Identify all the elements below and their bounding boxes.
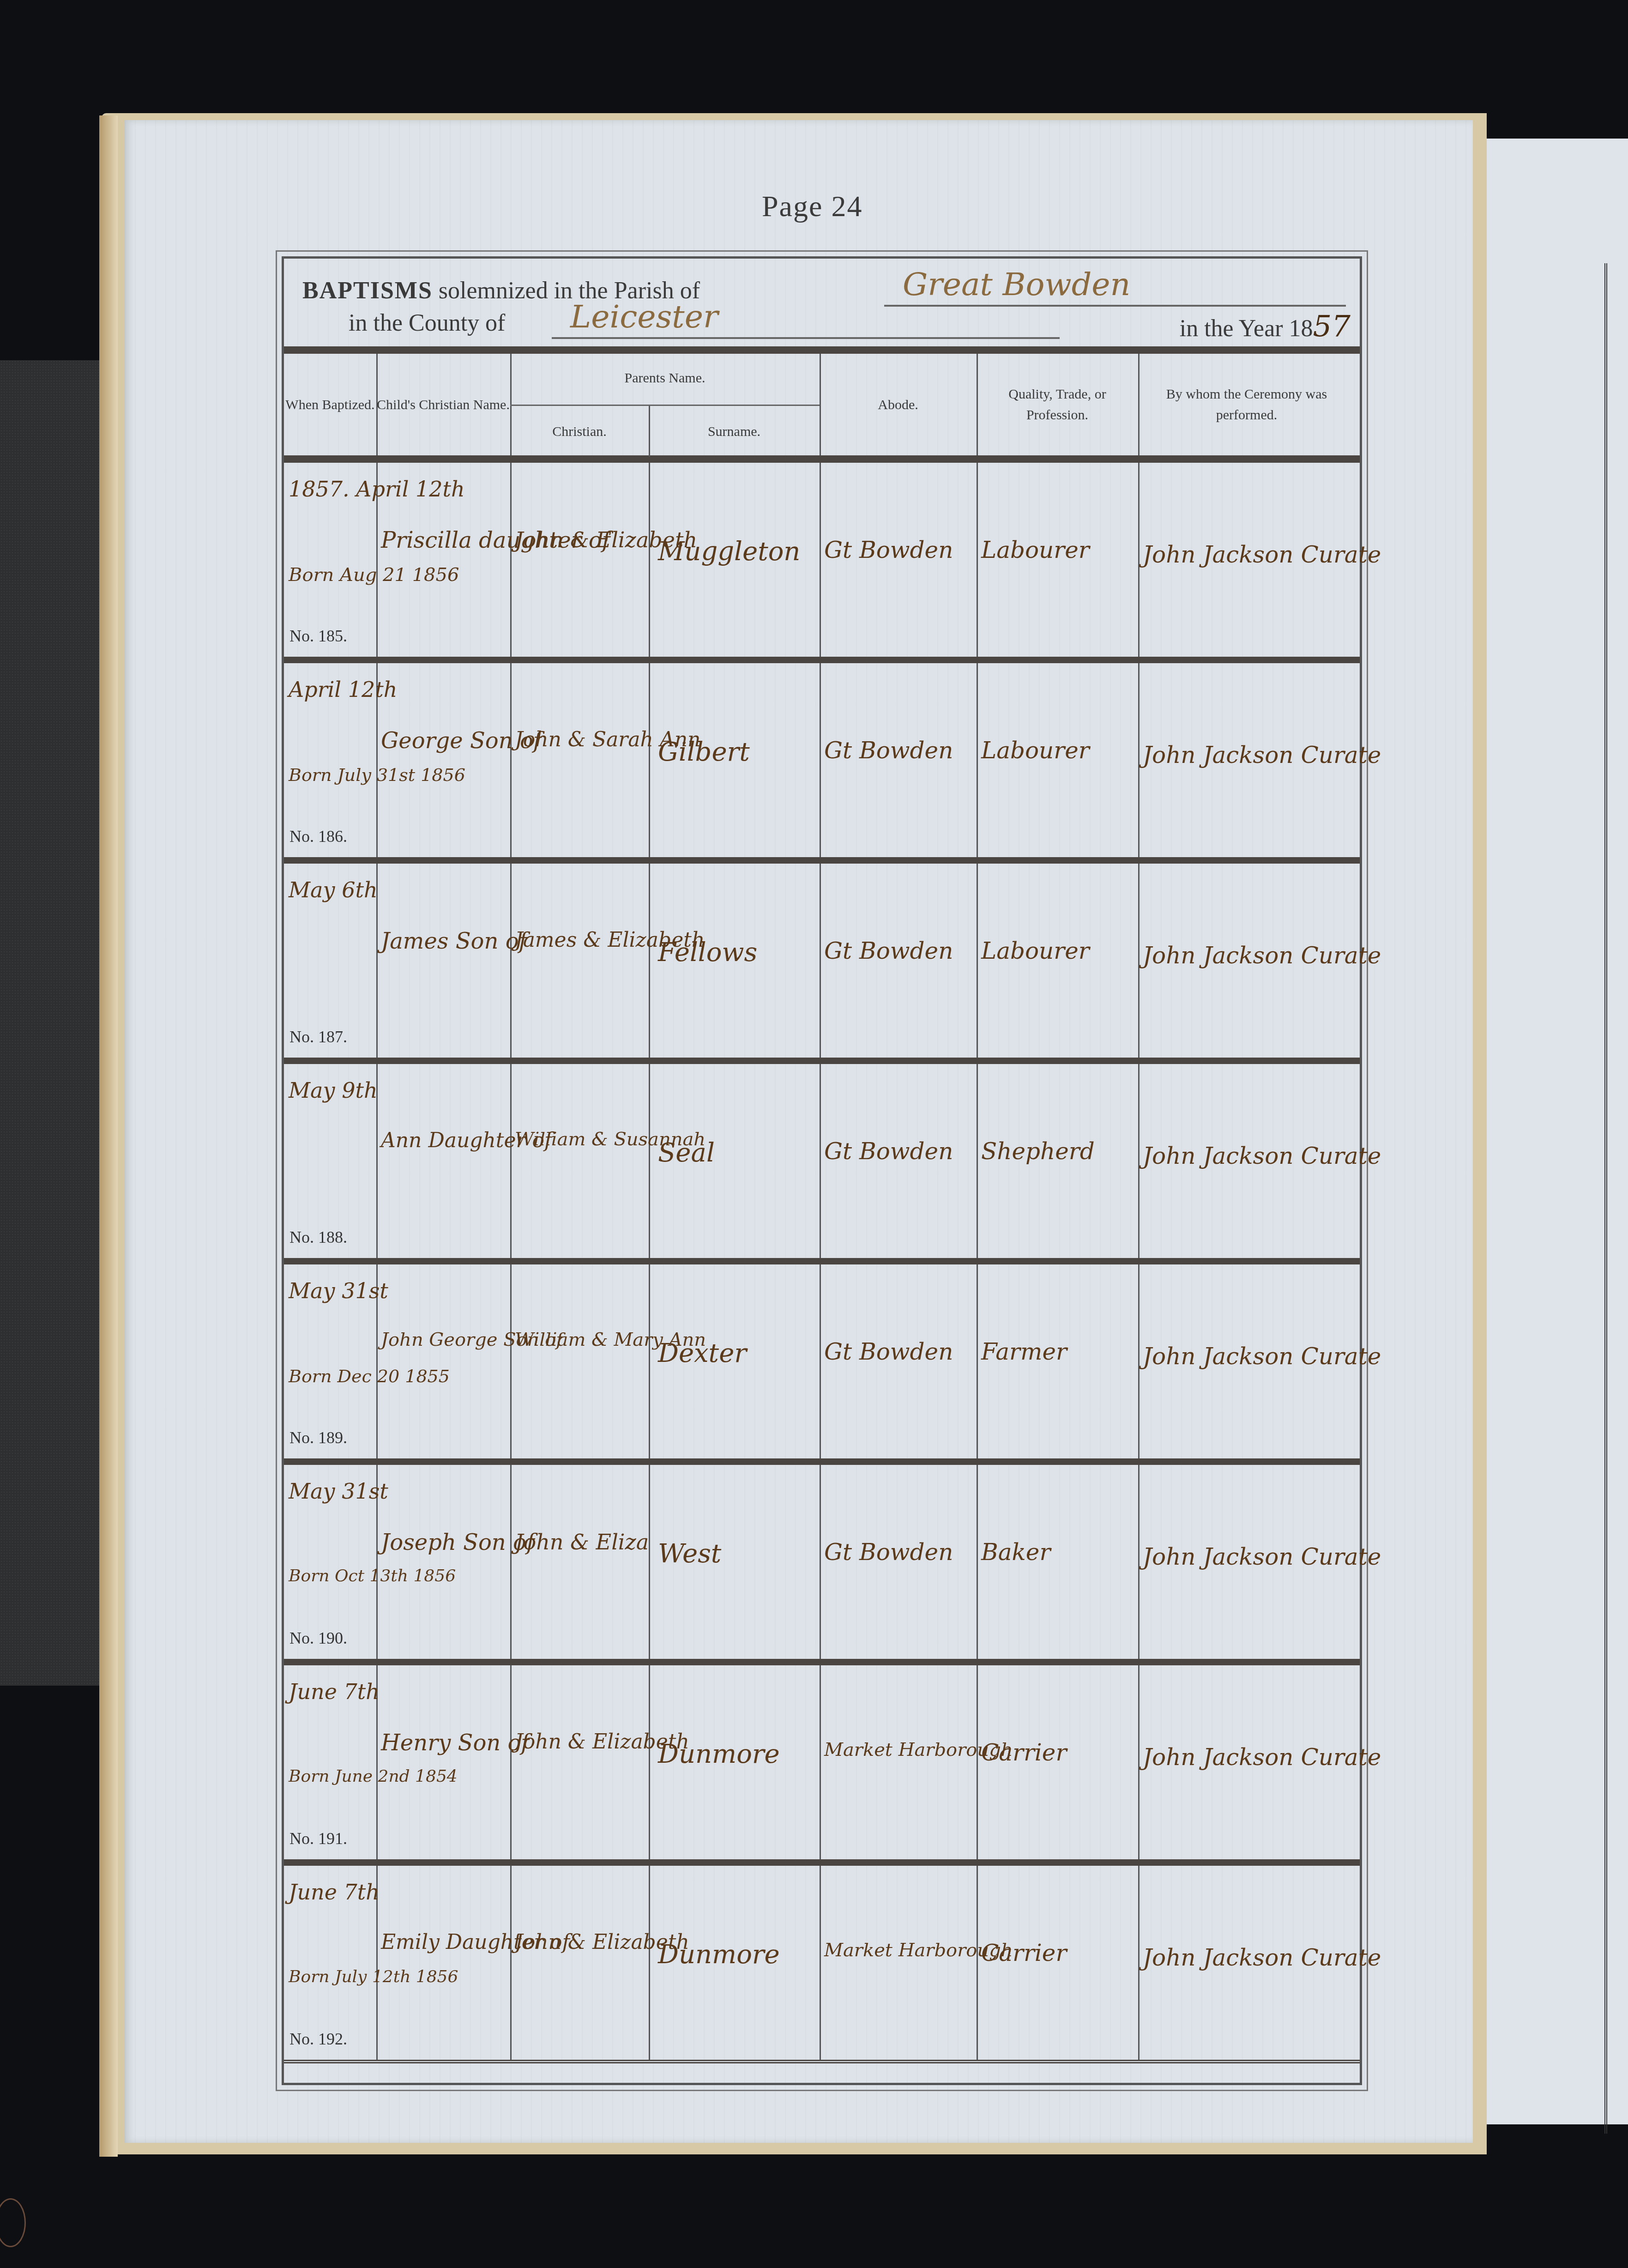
facing-page	[1475, 139, 1628, 2124]
abode: Gt Bowden	[824, 1138, 953, 1165]
parish-field: Great Bowden	[884, 277, 1346, 307]
cover-edge	[99, 115, 118, 2157]
table-row: June 7th Born July 12th 1856 No. 192. Em…	[284, 1866, 1360, 2063]
cell-when: May 31st Born Dec 20 1855 No. 189.	[284, 1264, 378, 1458]
entry-number: No. 189.	[289, 1428, 347, 1447]
cell-abode: Gt Bowden	[820, 1064, 978, 1258]
entry-number: No. 186.	[289, 827, 347, 846]
col-when-baptized: When Baptized.	[284, 354, 378, 455]
quality: Carrier	[981, 1739, 1067, 1766]
quality: Labourer	[981, 737, 1090, 764]
table-row: 1857. April 12th Born Aug 21 1856 No. 18…	[284, 463, 1360, 663]
table-row: May 31st Born Dec 20 1855 No. 189. John …	[284, 1264, 1360, 1465]
abode: Gt Bowden	[824, 1539, 953, 1566]
cell-child: Henry Son of	[376, 1665, 512, 1859]
cell-when: May 9th No. 188.	[284, 1064, 378, 1258]
cell-abode: Market Harborough	[820, 1665, 978, 1859]
cell-minister: John Jackson Curate	[1138, 463, 1355, 657]
table-row: May 6th No. 187. James Son of James & El…	[284, 864, 1360, 1064]
cell-abode: Gt Bowden	[820, 663, 978, 857]
cell-when: June 7th Born June 2nd 1854 No. 191.	[284, 1665, 378, 1859]
cell-christian: John & Sarah Ann	[510, 663, 650, 857]
heading-bold: BAPTISMS	[302, 278, 433, 304]
col-parents-surname: Surname.	[649, 405, 820, 457]
col-minister: By whom the Ceremony was performed.	[1138, 354, 1355, 455]
surname: Dunmore	[658, 1940, 780, 1970]
cell-quality: Labourer	[977, 864, 1140, 1058]
cell-surname: Muggleton	[649, 463, 821, 657]
minister: John Jackson Curate	[1143, 1543, 1381, 1570]
when-text: June 7th	[289, 1880, 380, 1905]
when-text: May 31st	[289, 1278, 388, 1303]
cell-christian: John & Eliza	[510, 1465, 650, 1659]
quality: Baker	[981, 1539, 1050, 1566]
cell-surname: Dexter	[649, 1264, 821, 1458]
county-name: Leicester	[570, 299, 718, 335]
entry-number: No. 185.	[289, 626, 347, 646]
corner-object	[0, 2198, 26, 2247]
table-row: April 12th Born July 31st 1856 No. 186. …	[284, 663, 1360, 864]
cell-abode: Gt Bowden	[820, 864, 978, 1058]
parish-name: Great Bowden	[903, 266, 1130, 303]
cell-christian: John & Elizabeth	[510, 1665, 650, 1859]
quality: Shepherd	[981, 1138, 1095, 1165]
when-text: June 7th	[289, 1679, 380, 1704]
table-row: May 31st Born Oct 13th 1856 No. 190. Jos…	[284, 1465, 1360, 1665]
baptism-register-table: BAPTISMS solemnized in the Parish of Gre…	[282, 256, 1362, 2085]
cell-christian: John & Elizabeth	[510, 1866, 650, 2060]
cell-when: May 6th No. 187.	[284, 864, 378, 1058]
cell-when: 1857. April 12th Born Aug 21 1856 No. 18…	[284, 463, 378, 657]
cell-abode: Gt Bowden	[820, 463, 978, 657]
col-abode: Abode.	[820, 354, 978, 455]
register-page: Page 24 BAPTISMS solemnized in the Paris…	[125, 120, 1473, 2143]
entry-number: No. 188.	[289, 1228, 347, 1247]
cell-christian: William & Susannah	[510, 1064, 650, 1258]
quality: Farmer	[981, 1338, 1067, 1365]
cell-abode: Gt Bowden	[820, 1264, 978, 1458]
col-child-name: Child's Christian Name.	[376, 354, 512, 455]
col-parents-name: Parents Name. Christian. Surname.	[510, 354, 821, 455]
cell-quality: Carrier	[977, 1866, 1140, 2060]
surname: Dunmore	[658, 1739, 780, 1769]
quality: Carrier	[981, 1940, 1067, 1966]
col-quality: Quality, Trade, or Profession.	[977, 354, 1140, 455]
abode: Gt Bowden	[824, 1338, 953, 1365]
facing-page-frame	[1604, 263, 1628, 2134]
column-headers: When Baptized. Child's Christian Name. P…	[284, 354, 1360, 463]
child-name: James Son of	[381, 928, 527, 954]
cell-when: April 12th Born July 31st 1856 No. 186.	[284, 663, 378, 857]
cell-when: June 7th Born July 12th 1856 No. 192.	[284, 1866, 378, 2060]
minister: John Jackson Curate	[1143, 1744, 1381, 1771]
when-text: May 31st	[289, 1479, 388, 1504]
cell-child: George Son of	[376, 663, 512, 857]
surname: Muggleton	[658, 537, 800, 567]
abode: Gt Bowden	[824, 537, 953, 563]
cell-surname: Gilbert	[649, 663, 821, 857]
cell-minister: John Jackson Curate	[1138, 864, 1355, 1058]
abode: Gt Bowden	[824, 737, 953, 764]
entry-number: No. 191.	[289, 1829, 347, 1848]
minister: John Jackson Curate	[1143, 1343, 1381, 1370]
minister: John Jackson Curate	[1143, 1944, 1381, 1971]
cell-child: James Son of	[376, 864, 512, 1058]
cell-abode: Market Harborough	[820, 1866, 978, 2060]
cell-quality: Carrier	[977, 1665, 1140, 1859]
cell-surname: Dunmore	[649, 1866, 821, 2060]
county-label: in the County of	[349, 309, 505, 337]
cell-child: Emily Daughter of	[376, 1866, 512, 2060]
cell-surname: Fellows	[649, 864, 821, 1058]
surname: West	[658, 1539, 721, 1569]
cell-when: May 31st Born Oct 13th 1856 No. 190.	[284, 1465, 378, 1659]
cell-minister: John Jackson Curate	[1138, 1064, 1355, 1258]
col-parents-christian: Christian.	[510, 405, 650, 457]
child-name: Henry Son of	[381, 1730, 529, 1756]
cell-christian: James & Elizabeth	[510, 864, 650, 1058]
cell-quality: Shepherd	[977, 1064, 1140, 1258]
cell-minister: John Jackson Curate	[1138, 1264, 1355, 1458]
surname: Fellows	[658, 937, 757, 968]
entry-number: No. 192.	[289, 2029, 347, 2049]
cell-minister: John Jackson Curate	[1138, 1665, 1355, 1859]
cell-child: Ann Daughter of	[376, 1064, 512, 1258]
entry-number: No. 187.	[289, 1027, 347, 1046]
cell-surname: West	[649, 1465, 821, 1659]
page-title: Page 24	[762, 189, 862, 224]
minister: John Jackson Curate	[1143, 541, 1381, 568]
year-label: in the Year 18	[1180, 315, 1313, 342]
cell-christian: John & Elizabeth	[510, 463, 650, 657]
register-heading: BAPTISMS solemnized in the Parish of Gre…	[284, 259, 1360, 354]
table-row: June 7th Born June 2nd 1854 No. 191. Hen…	[284, 1665, 1360, 1866]
cell-minister: John Jackson Curate	[1138, 1465, 1355, 1659]
table-row: May 9th No. 188. Ann Daughter of William…	[284, 1064, 1360, 1264]
cell-quality: Labourer	[977, 463, 1140, 657]
entry-number: No. 190.	[289, 1628, 347, 1648]
surname: Seal	[658, 1138, 715, 1168]
year-suffix: 57	[1313, 309, 1351, 344]
minister: John Jackson Curate	[1143, 742, 1381, 768]
surname: Dexter	[658, 1338, 747, 1368]
when-text: May 9th	[289, 1078, 378, 1103]
cell-surname: Dunmore	[649, 1665, 821, 1859]
minister: John Jackson Curate	[1143, 942, 1381, 969]
year-field: in the Year 1857	[1180, 309, 1351, 344]
cell-quality: Labourer	[977, 663, 1140, 857]
cell-surname: Seal	[649, 1064, 821, 1258]
cell-quality: Farmer	[977, 1264, 1140, 1458]
cell-minister: John Jackson Curate	[1138, 1866, 1355, 2060]
cell-quality: Baker	[977, 1465, 1140, 1659]
cell-child: Joseph Son of	[376, 1465, 512, 1659]
minister: John Jackson Curate	[1143, 1143, 1381, 1169]
parents-christian: John & Eliza	[515, 1530, 649, 1554]
quality: Labourer	[981, 537, 1090, 563]
cell-christian: William & Mary Ann	[510, 1264, 650, 1458]
abode: Gt Bowden	[824, 937, 953, 964]
cell-child: John George Son of	[376, 1264, 512, 1458]
cell-abode: Gt Bowden	[820, 1465, 978, 1659]
when-text: May 6th	[289, 877, 378, 902]
county-field: Leicester	[552, 309, 1060, 339]
surname: Gilbert	[658, 737, 750, 767]
quality: Labourer	[981, 937, 1090, 964]
parents-name-label: Parents Name.	[625, 354, 705, 388]
cell-child: Priscilla daughter of	[376, 463, 512, 657]
cell-minister: John Jackson Curate	[1138, 663, 1355, 857]
